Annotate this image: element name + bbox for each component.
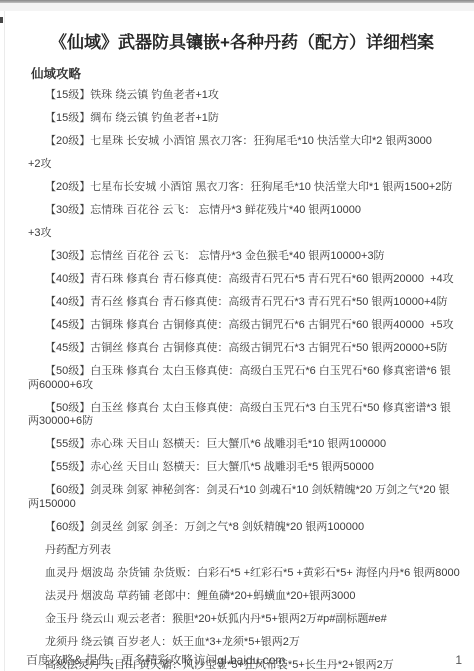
list-item-line: +2攻 — [28, 158, 474, 172]
list-item-line: 【20级】七星珠 长安城 小酒馆 黑衣刀客：狂狗尾毛*10 快活堂大印*2 银两… — [28, 135, 474, 149]
list-item-line: 【30级】忘情珠 百花谷 云飞： 忘情丹*3 鲜花残片*40 银两10000 — [28, 204, 474, 218]
list-item: 【20级】七星布长安城 小酒馆 黑衣刀客：狂狗尾毛*10 快活堂大印*1 银两1… — [28, 181, 474, 195]
list-item-line: 【15级】绸布 绕云镇 钓鱼老者+1防 — [28, 112, 474, 126]
list-item: 【15级】绸布 绕云镇 钓鱼老者+1防 — [28, 112, 474, 126]
list-item: 【45级】古铜珠 修真台 古铜修真使：高级古铜咒石*6 古铜咒石*60 银两40… — [28, 319, 474, 333]
page-left-edge — [4, 11, 5, 671]
list-item: 【20级】七星珠 长安城 小酒馆 黑衣刀客：狂狗尾毛*10 快活堂大印*2 银两… — [28, 135, 474, 149]
list-item: 龙须丹 绕云镇 百岁老人：妖王血*3+龙须*5+银两2万 — [28, 636, 474, 650]
guide-list: 【15级】铁珠 绕云镇 钓鱼老者+1攻【15级】绸布 绕云镇 钓鱼老者+1防【2… — [28, 89, 474, 671]
list-item-line: 血灵丹 烟波岛 杂货铺 杂货贩：白彩石*5 +红彩石*5 +黄彩石*5+ 海怪内… — [28, 567, 474, 581]
footer-provider-text: 百度攻略& 提供，更多精彩攻略访问gl.baidu.com — [26, 653, 285, 667]
section-heading: 仙域攻略 — [31, 67, 474, 81]
list-item: 【55级】赤心珠 天目山 怒横天：巨大蟹爪*6 战雕羽毛*10 银两100000 — [28, 438, 474, 452]
list-item-line: 【15级】铁珠 绕云镇 钓鱼老者+1攻 — [28, 89, 474, 103]
list-item-line: 【45级】古铜丝 修真台 古铜修真使：高级古铜咒石*3 古铜咒石*50 银两20… — [28, 342, 474, 356]
list-item-line: 两60000+6攻 — [28, 379, 474, 393]
list-item: 【60级】剑灵珠 剑冢 神秘剑客：剑灵石*10 剑魂石*10 剑妖精魄*20 万… — [28, 484, 474, 511]
list-item: 【30级】忘情丝 百花谷 云飞： 忘情丹*3 金色猴毛*40 银两10000+3… — [28, 250, 474, 264]
page-number: 1 — [455, 653, 462, 667]
list-item: 【55级】赤心丝 天目山 怒横天：巨大蟹爪*5 战雕羽毛*5 银两50000 — [28, 461, 474, 475]
left-edge-mark — [0, 17, 3, 23]
top-strip — [0, 3, 474, 11]
list-item-line: 【45级】古铜珠 修真台 古铜修真使：高级古铜咒石*6 古铜咒石*60 银两40… — [28, 319, 474, 333]
list-item: 【40级】青石丝 修真台 青石修真使：高级青石咒石*3 青石咒石*50 银两10… — [28, 296, 474, 310]
list-item: 【40级】青石珠 修真台 青石修真使：高级青石咒石*5 青石咒石*60 银两20… — [28, 273, 474, 287]
list-item-line: 【60级】剑灵丝 剑冢 剑圣：万剑之气*8 剑妖精魄*20 银两100000 — [28, 521, 474, 535]
list-item-line: 龙须丹 绕云镇 百岁老人：妖王血*3+龙须*5+银两2万 — [28, 636, 474, 650]
list-item-line: 法灵丹 烟波岛 草药铺 老郎中：鲤鱼磷*20+蚂蟥血*20+银两3000 — [28, 590, 474, 604]
list-item-line: 【55级】赤心珠 天目山 怒横天：巨大蟹爪*6 战雕羽毛*10 银两100000 — [28, 438, 474, 452]
list-item: 【60级】剑灵丝 剑冢 剑圣：万剑之气*8 剑妖精魄*20 银两100000 — [28, 521, 474, 535]
list-item-line: 【30级】忘情丝 百花谷 云飞： 忘情丹*3 金色猴毛*40 银两10000+3… — [28, 250, 474, 264]
list-item: 金玉丹 绕云山 观云老者：猴胆*20+妖狐内丹*5+银两2万#p#副标题#e# — [28, 613, 474, 627]
list-item-line: 两150000 — [28, 498, 474, 512]
list-item: +3攻 — [28, 227, 474, 241]
list-item: 血灵丹 烟波岛 杂货铺 杂货贩：白彩石*5 +红彩石*5 +黄彩石*5+ 海怪内… — [28, 567, 474, 581]
page-footer: 百度攻略& 提供，更多精彩攻略访问gl.baidu.com 1 — [26, 653, 462, 667]
list-item-line: 【60级】剑灵珠 剑冢 神秘剑客：剑灵石*10 剑魂石*10 剑妖精魄*20 万… — [28, 484, 474, 498]
list-item-line: 两30000+6防 — [28, 415, 474, 429]
list-item: 【45级】古铜丝 修真台 古铜修真使：高级古铜咒石*3 古铜咒石*50 银两20… — [28, 342, 474, 356]
list-item: 【50级】白玉珠 修真台 太白玉修真使：高级白玉咒石*6 白玉咒石*60 修真密… — [28, 365, 474, 392]
list-item-line: 【50级】白玉丝 修真台 太白玉修真使：高级白玉咒石*3 白玉咒石*50 修真密… — [28, 402, 474, 416]
list-item-line: 【55级】赤心丝 天目山 怒横天：巨大蟹爪*5 战雕羽毛*5 银两50000 — [28, 461, 474, 475]
list-item: +2攻 — [28, 158, 474, 172]
list-item-line: 【20级】七星布长安城 小酒馆 黑衣刀客：狂狗尾毛*10 快活堂大印*1 银两1… — [28, 181, 474, 195]
list-item: 【30级】忘情珠 百花谷 云飞： 忘情丹*3 鲜花残片*40 银两10000 — [28, 204, 474, 218]
list-item-line: 【50级】白玉珠 修真台 太白玉修真使：高级白玉咒石*6 白玉咒石*60 修真密… — [28, 365, 474, 379]
list-item: 法灵丹 烟波岛 草药铺 老郎中：鲤鱼磷*20+蚂蟥血*20+银两3000 — [28, 590, 474, 604]
list-item: 丹药配方列表 — [28, 544, 474, 558]
page-title: 《仙域》武器防具镶嵌+各种丹药（配方）详细档案 — [28, 33, 456, 53]
list-item-line: 金玉丹 绕云山 观云老者：猴胆*20+妖狐内丹*5+银两2万#p#副标题#e# — [28, 613, 474, 627]
list-item-line: +3攻 — [28, 227, 474, 241]
list-item-line: 丹药配方列表 — [28, 544, 474, 558]
list-item: 【15级】铁珠 绕云镇 钓鱼老者+1攻 — [28, 89, 474, 103]
list-item-line: 【40级】青石丝 修真台 青石修真使：高级青石咒石*3 青石咒石*50 银两10… — [28, 296, 474, 310]
list-item-line: 【40级】青石珠 修真台 青石修真使：高级青石咒石*5 青石咒石*60 银两20… — [28, 273, 474, 287]
list-item: 【50级】白玉丝 修真台 太白玉修真使：高级白玉咒石*3 白玉咒石*50 修真密… — [28, 402, 474, 429]
